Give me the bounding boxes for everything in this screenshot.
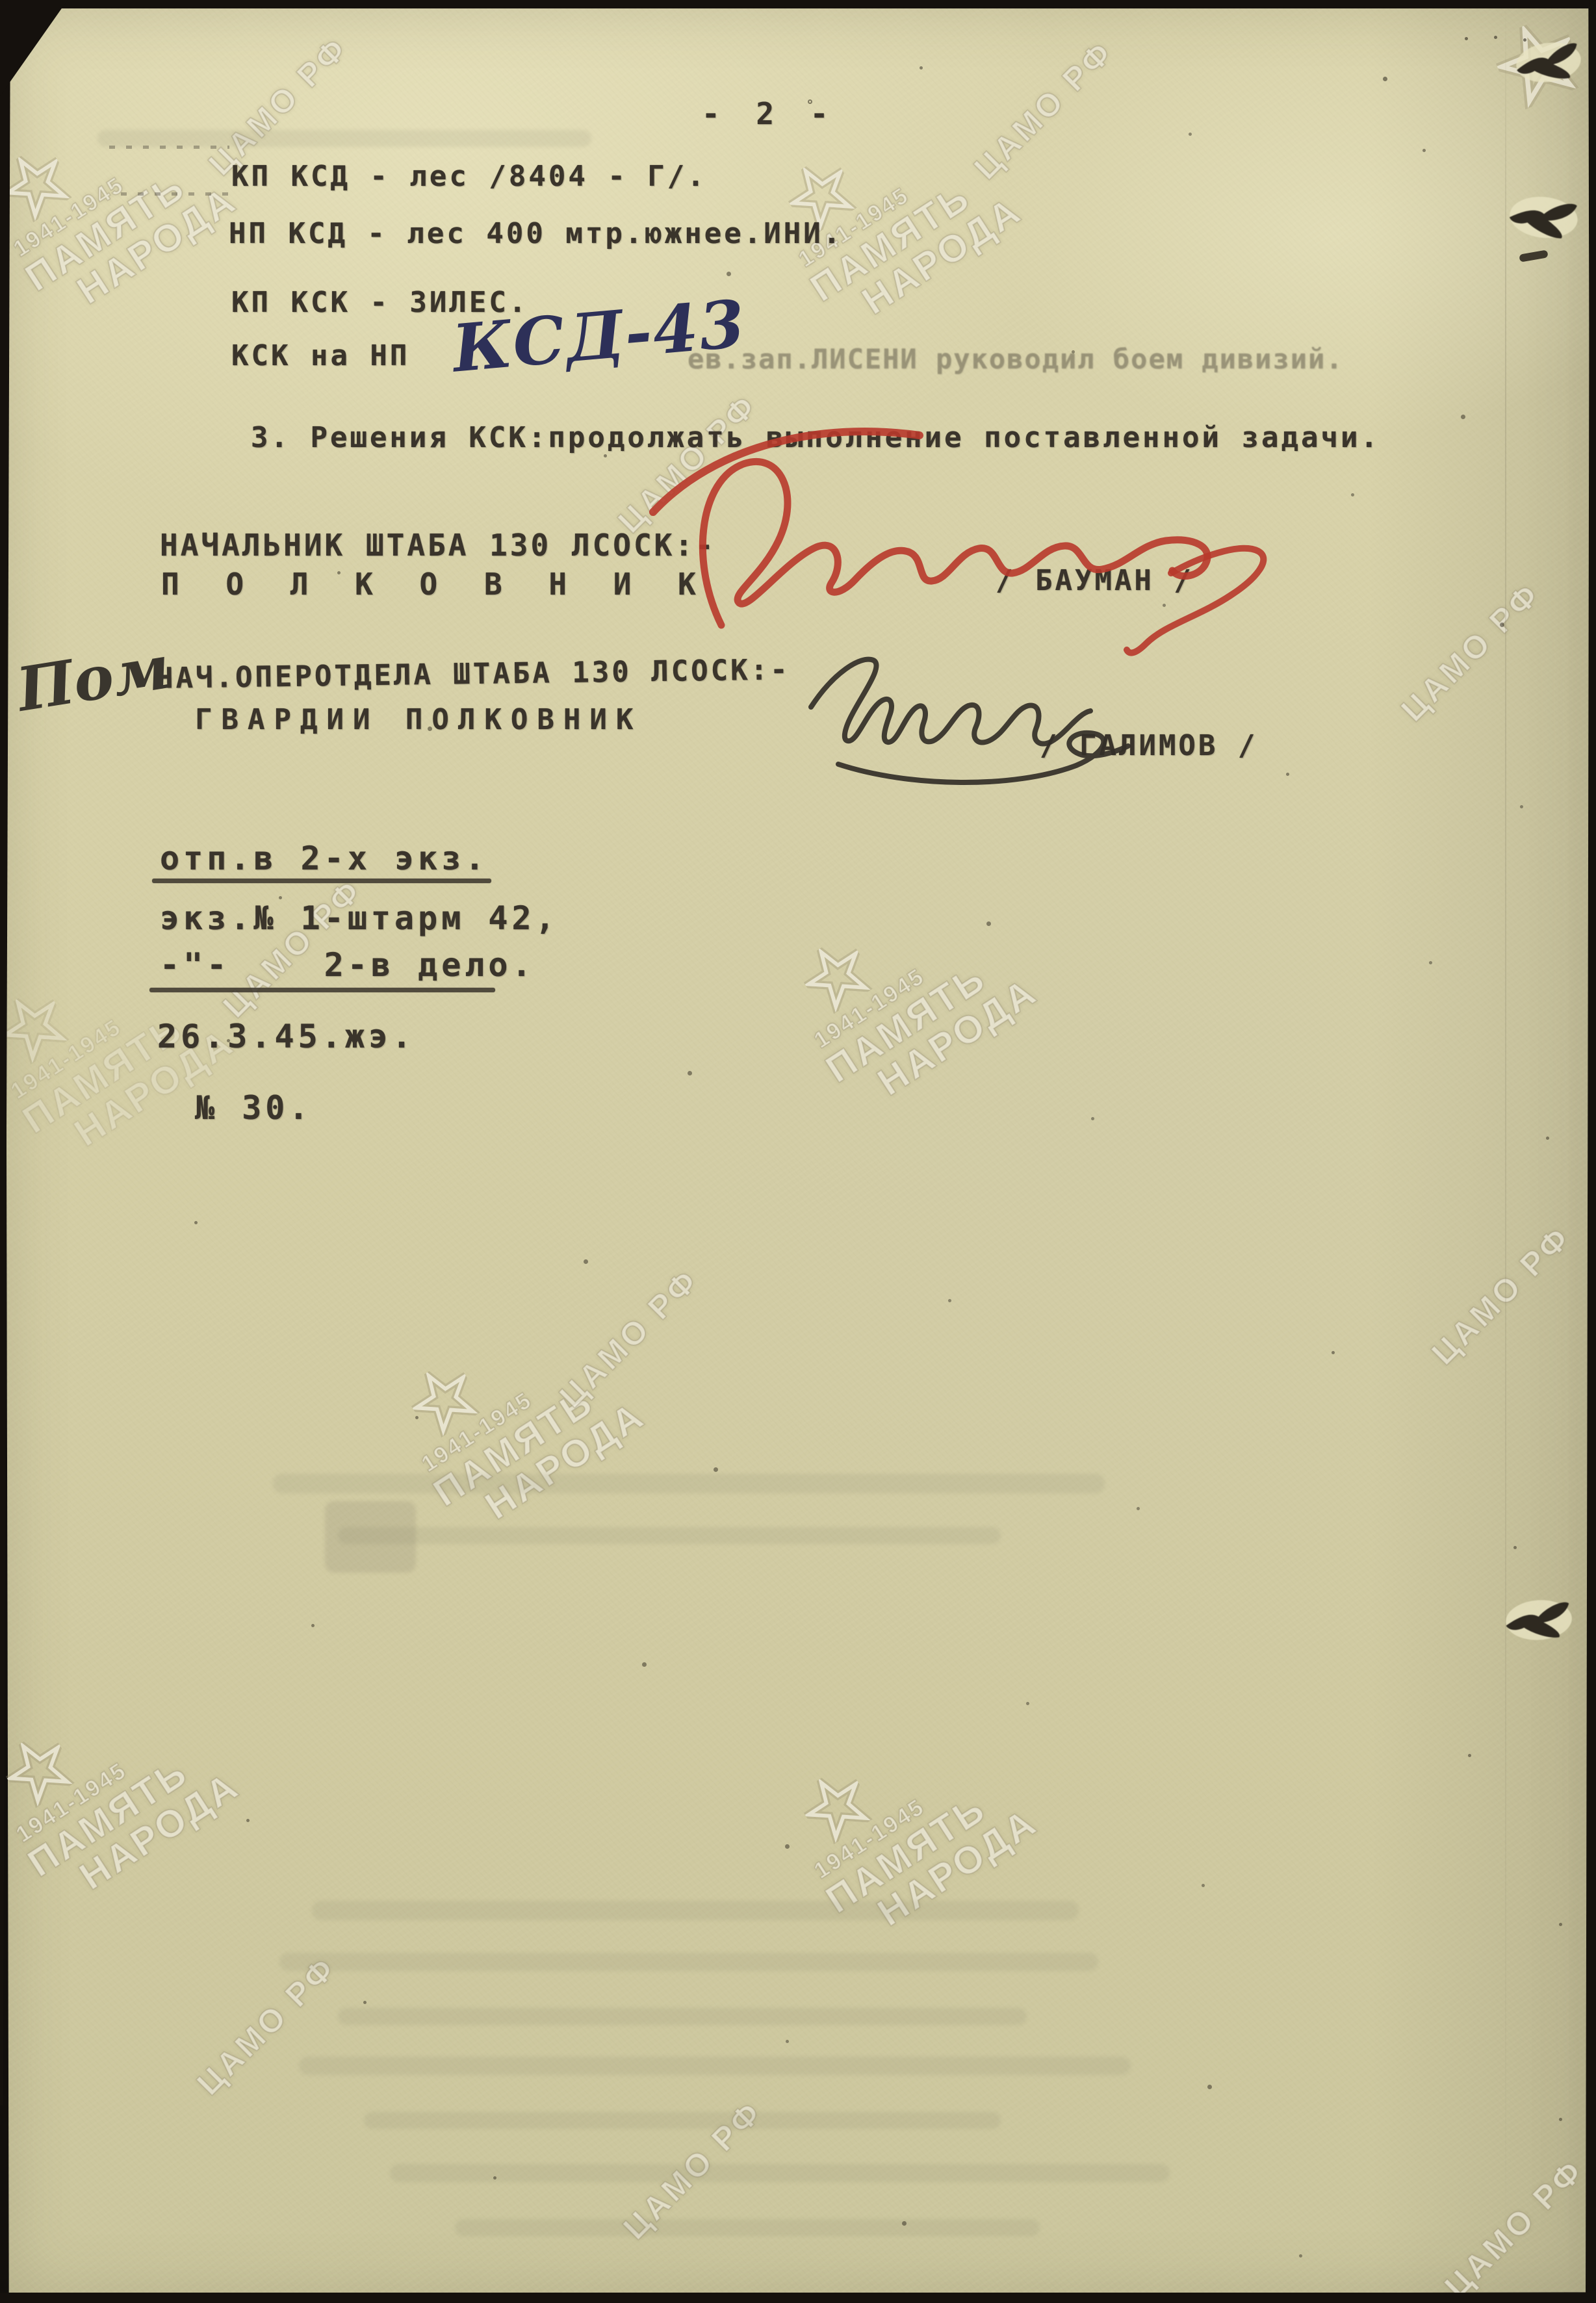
punch-hole-tear [1510,32,1588,94]
underline-rule [152,879,491,883]
bleed-through-smudge [338,1527,1001,1544]
bleed-through-smudge [364,2112,1001,2129]
bleed-through-smudge [338,2008,1027,2025]
faded-line-continuation: ев.зап.ЛИСЕНИ руководил боем дивизий. [688,343,1344,375]
bleed-through-smudge [273,1474,1105,1493]
line-kp-ksd: КП КСД - лес /8404 - Г/. [231,160,707,193]
dist-copies-line: отп.в 2-х экз. [160,840,488,877]
archive-scan-viewport: 1941-1945 ПАМЯТЬ НАРОДА 1941-1945 ПАМЯТЬ… [0,0,1596,2303]
bleed-through-smudge [390,2164,1170,2182]
page-number: - 2 - [702,96,837,131]
faded-dot-artifact [109,146,229,149]
line-ksk-na-np: КСК на НП [231,339,409,372]
sig2-rank-line: ГВАРДИИ ПОЛКОВНИК [195,703,642,736]
dist-copy2-line: -"- 2-в дело. [160,946,535,984]
punch-hole-tear [1500,1591,1577,1649]
scan-edge-top [0,0,1596,8]
bleed-through-smudge [299,2057,1131,2075]
bleed-through-smudge [312,1901,1079,1920]
punch-hole-tear [1504,186,1584,249]
dist-copy1-line: экз.№ 1-штарм 42, [160,899,559,937]
bleed-through-smudge [279,1953,1098,1971]
bleed-through-smudge [97,130,591,147]
bleed-through-smudge [455,2219,1040,2236]
underline-rule [149,988,495,992]
paper-speck-layer [809,101,811,103]
signature-dark-ink-galimov [767,624,1222,812]
scan-edge-bottom [0,2293,1596,2303]
line-np-ksd: НП КСД - лес 400 мтр.южнее.ИНИ. [229,217,843,250]
paper-crease [1505,0,1506,2293]
dist-date-line: 26.3.45.жэ. [157,1018,415,1055]
dist-number-line: № 30. [195,1089,313,1127]
faded-dot-artifact [121,192,228,196]
